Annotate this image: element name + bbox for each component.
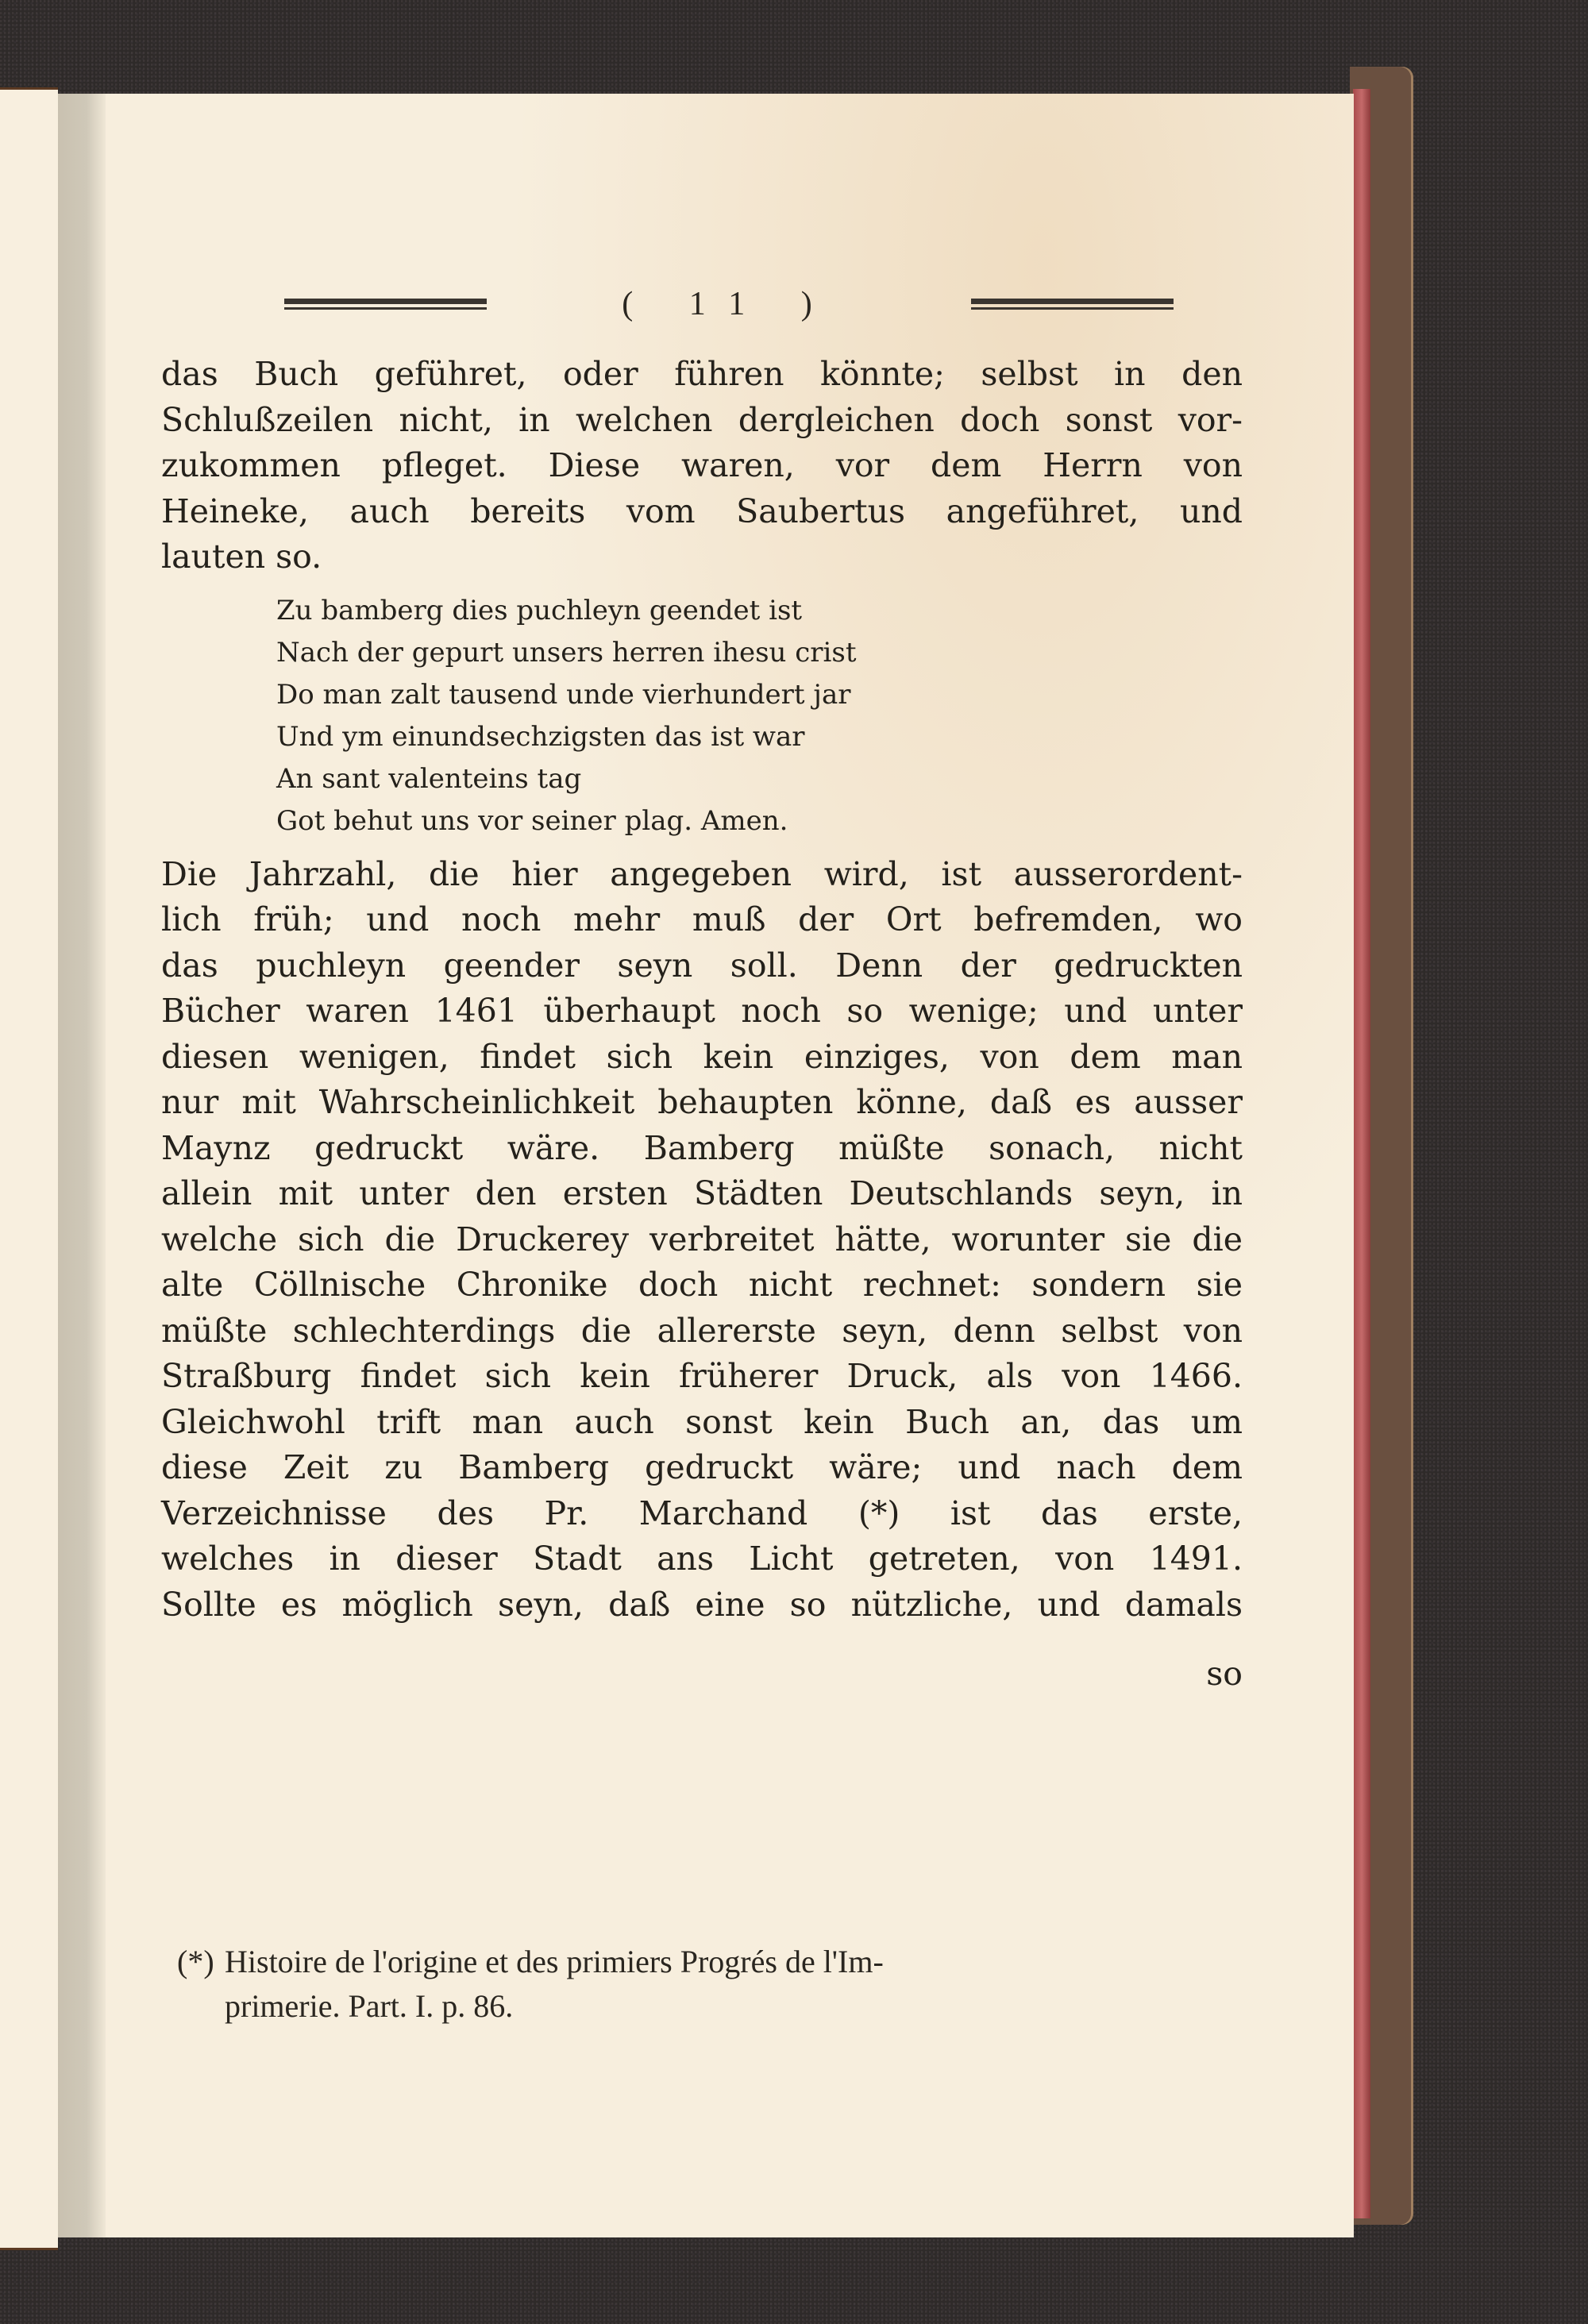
verse-line: Got behut uns vor seiner plag. Amen. xyxy=(276,800,1243,842)
text-line: lauten so. xyxy=(161,534,1243,580)
text-line: Schlußzeilen nicht, in welchen dergleich… xyxy=(161,398,1243,444)
text-line: allein mit unter den ersten Städten Deut… xyxy=(161,1171,1243,1217)
verse-line: Und ym einundsechzigsten das ist war xyxy=(276,716,1243,758)
ornamental-rule-right xyxy=(971,299,1174,310)
text-line: Verzeichnisse des Pr. Marchand (*) ist d… xyxy=(161,1491,1243,1537)
text-line: Bücher waren 1461 überhaupt noch so weni… xyxy=(161,989,1243,1035)
footnote-mark: (*) xyxy=(177,1940,225,1984)
quoted-colophon-verse: Zu bamberg dies puchleyn geendet ist Nac… xyxy=(276,590,1243,842)
facing-page-edge xyxy=(0,87,58,2250)
verse-line: Do man zalt tausend unde vierhundert jar xyxy=(276,674,1243,716)
text-line: Gleichwohl trift man auch sonst kein Buc… xyxy=(161,1400,1243,1446)
text-line: Sollte es möglich seyn, daß eine so nütz… xyxy=(161,1582,1243,1628)
catchword: so xyxy=(161,1651,1243,1698)
text-line: Die Jahrzahl, die hier angegeben wird, i… xyxy=(161,852,1243,898)
verse-line: Zu bamberg dies puchleyn geendet ist xyxy=(276,590,1243,632)
verse-line: An sant valenteins tag xyxy=(276,758,1243,800)
text-line: zukommen pfleget. Diese waren, vor dem H… xyxy=(161,443,1243,489)
gutter-shadow xyxy=(58,94,106,2237)
text-line: müßte schlechterdings die allererste sey… xyxy=(161,1308,1243,1355)
footnote: (*)Histoire de l'origine et des primiers… xyxy=(177,1940,1130,2029)
text-line: welche sich die Druckerey verbreitet hät… xyxy=(161,1217,1243,1263)
text-line: diese Zeit zu Bamberg gedruckt wäre; und… xyxy=(161,1445,1243,1491)
ornamental-rule-left xyxy=(284,299,487,310)
text-line: lich früh; und noch mehr muß der Ort bef… xyxy=(161,897,1243,943)
footnote-line: Histoire de l'origine et des primiers Pr… xyxy=(225,1944,884,1979)
book-page: ( 11 ) das Buch geführet, oder führen kö… xyxy=(106,94,1354,2237)
body-text: das Buch geführet, oder führen könnte; s… xyxy=(161,352,1243,1698)
red-page-edges xyxy=(1353,89,1370,2218)
footnote-line: primerie. Part. I. p. 86. xyxy=(177,1984,1130,2029)
text-line: das Buch geführet, oder führen könnte; s… xyxy=(161,352,1243,398)
text-line: Straßburg findet sich kein früherer Druc… xyxy=(161,1354,1243,1400)
text-line: Maynz gedruckt wäre. Bamberg müßte sonac… xyxy=(161,1126,1243,1172)
verse-line: Nach der gepurt unsers herren ihesu cris… xyxy=(276,632,1243,674)
text-line: nur mit Wahrscheinlichkeit behaupten kön… xyxy=(161,1080,1243,1126)
page-number: ( 11 ) xyxy=(622,285,835,323)
running-head: ( 11 ) xyxy=(284,284,1174,324)
text-line: das puchleyn geender seyn soll. Denn der… xyxy=(161,943,1243,989)
text-line: diesen wenigen, findet sich kein einzige… xyxy=(161,1035,1243,1081)
text-line: welches in dieser Stadt ans Licht getret… xyxy=(161,1536,1243,1582)
text-line: Heineke, auch bereits vom Saubertus ange… xyxy=(161,489,1243,535)
text-line: alte Cöllnische Chronike doch nicht rech… xyxy=(161,1262,1243,1308)
